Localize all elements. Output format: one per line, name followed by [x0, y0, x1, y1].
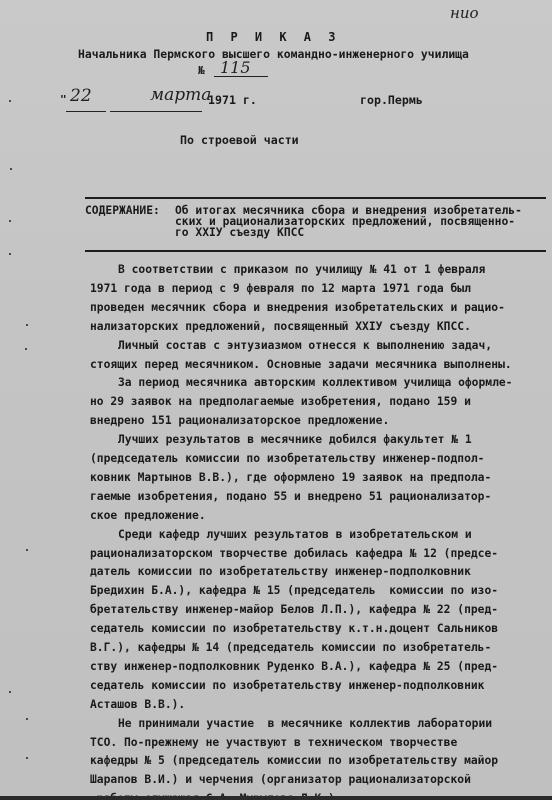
scan-speck: [25, 348, 27, 350]
body-line: Асташов В.В.).: [90, 699, 185, 710]
subject-label: СОДЕРЖАНИЕ:: [85, 205, 160, 216]
body-line: ТСО. По-прежнему не участвуют в техничес…: [90, 737, 457, 748]
body-line: Среди кафедр лучших результатов в изобре…: [118, 529, 472, 540]
body-line: Не принимали участие в месячнике коллект…: [118, 718, 492, 729]
date-month-underline: [110, 111, 202, 112]
body-line: (председатель комиссии по изобретательст…: [90, 453, 484, 464]
body-line: В.Г.), кафедры № 14 (председатель комисс…: [90, 642, 491, 653]
scan-speck: [26, 324, 28, 326]
scan-speck: [10, 168, 12, 170]
document-title: П Р И К А З: [206, 31, 340, 43]
document-subtitle: Начальника Пермского высшего командно-ин…: [78, 49, 469, 60]
body-line: бретательству инженер-майор Белов Л.П.),…: [90, 604, 498, 615]
scan-speck: [26, 718, 28, 720]
order-number-label: №: [198, 65, 205, 76]
body-line: ское предложение.: [90, 510, 206, 521]
city: гор.Пермь: [360, 95, 423, 107]
subject-bottom-rule: [85, 250, 546, 252]
body-line: но 29 заявок на предполагаемые изобретен…: [90, 396, 471, 407]
body-line: нализаторских предложений, посвященный X…: [90, 321, 471, 332]
body-line: ству инженер-подполковник Руденко В.А.),…: [90, 661, 498, 672]
body-line: Личный состав с энтузиазмом отнесся к вы…: [118, 340, 492, 351]
order-number-underline: [214, 76, 268, 77]
scan-speck: [9, 691, 11, 693]
body-line: седатель комиссии по изобретательству к.…: [90, 623, 498, 634]
scan-bottom-edge: [0, 796, 552, 800]
scan-speck: [26, 549, 28, 551]
subject-line: го XXIУ съезду КПСС: [175, 227, 304, 238]
body-line: внедрено 151 рационализаторское предложе…: [90, 415, 389, 426]
body-line: Бредихин Б.А.), кафедра № 15 (председате…: [90, 585, 498, 596]
date-day: 22: [70, 86, 92, 106]
body-line: датель комиссии по изобретательству инже…: [90, 566, 471, 577]
scan-speck: [9, 100, 11, 102]
body-line: Шарапов В.И.) и черчения (организатор ра…: [90, 774, 471, 785]
date-day-underline: [66, 111, 106, 112]
date-open-quote: ": [60, 94, 67, 105]
scan-speck: [26, 757, 28, 759]
body-line: 1971 года в период с 9 февраля по 12 мар…: [90, 283, 471, 294]
document-page: нио П Р И К А З Начальника Пермского выс…: [0, 0, 552, 797]
body-line: проведен месячник сбора и внедрения изоб…: [90, 302, 505, 313]
scan-speck: [9, 253, 11, 255]
date-year: 1971 г.: [208, 95, 257, 107]
body-line: Лучших результатов в месячнике добился ф…: [118, 434, 472, 445]
subject-top-rule: [85, 197, 546, 199]
section-heading: По строевой части: [180, 135, 299, 147]
handwritten-stamp: нио: [450, 4, 479, 22]
scan-speck: [9, 220, 11, 222]
body-line: В соответствии с приказом по училищу № 4…: [118, 264, 485, 275]
body-line: гаемые изобретения, подано 55 и внедрено…: [90, 491, 491, 502]
date-month: марта: [150, 85, 211, 105]
body-line: За период месячника авторским коллективо…: [118, 377, 512, 388]
body-line: стоящих перед месячником. Основные задач…: [90, 359, 512, 370]
body-line: седатель комиссии по изобретательству ин…: [90, 680, 484, 691]
body-line: рационализаторском творчестве добилась к…: [90, 548, 498, 559]
order-number-value: 115: [220, 58, 251, 77]
body-line: ковник Мартынов В.В.), где оформлено 19 …: [90, 472, 491, 483]
body-line: кафедры № 5 (председатель комиссии по из…: [90, 755, 498, 766]
